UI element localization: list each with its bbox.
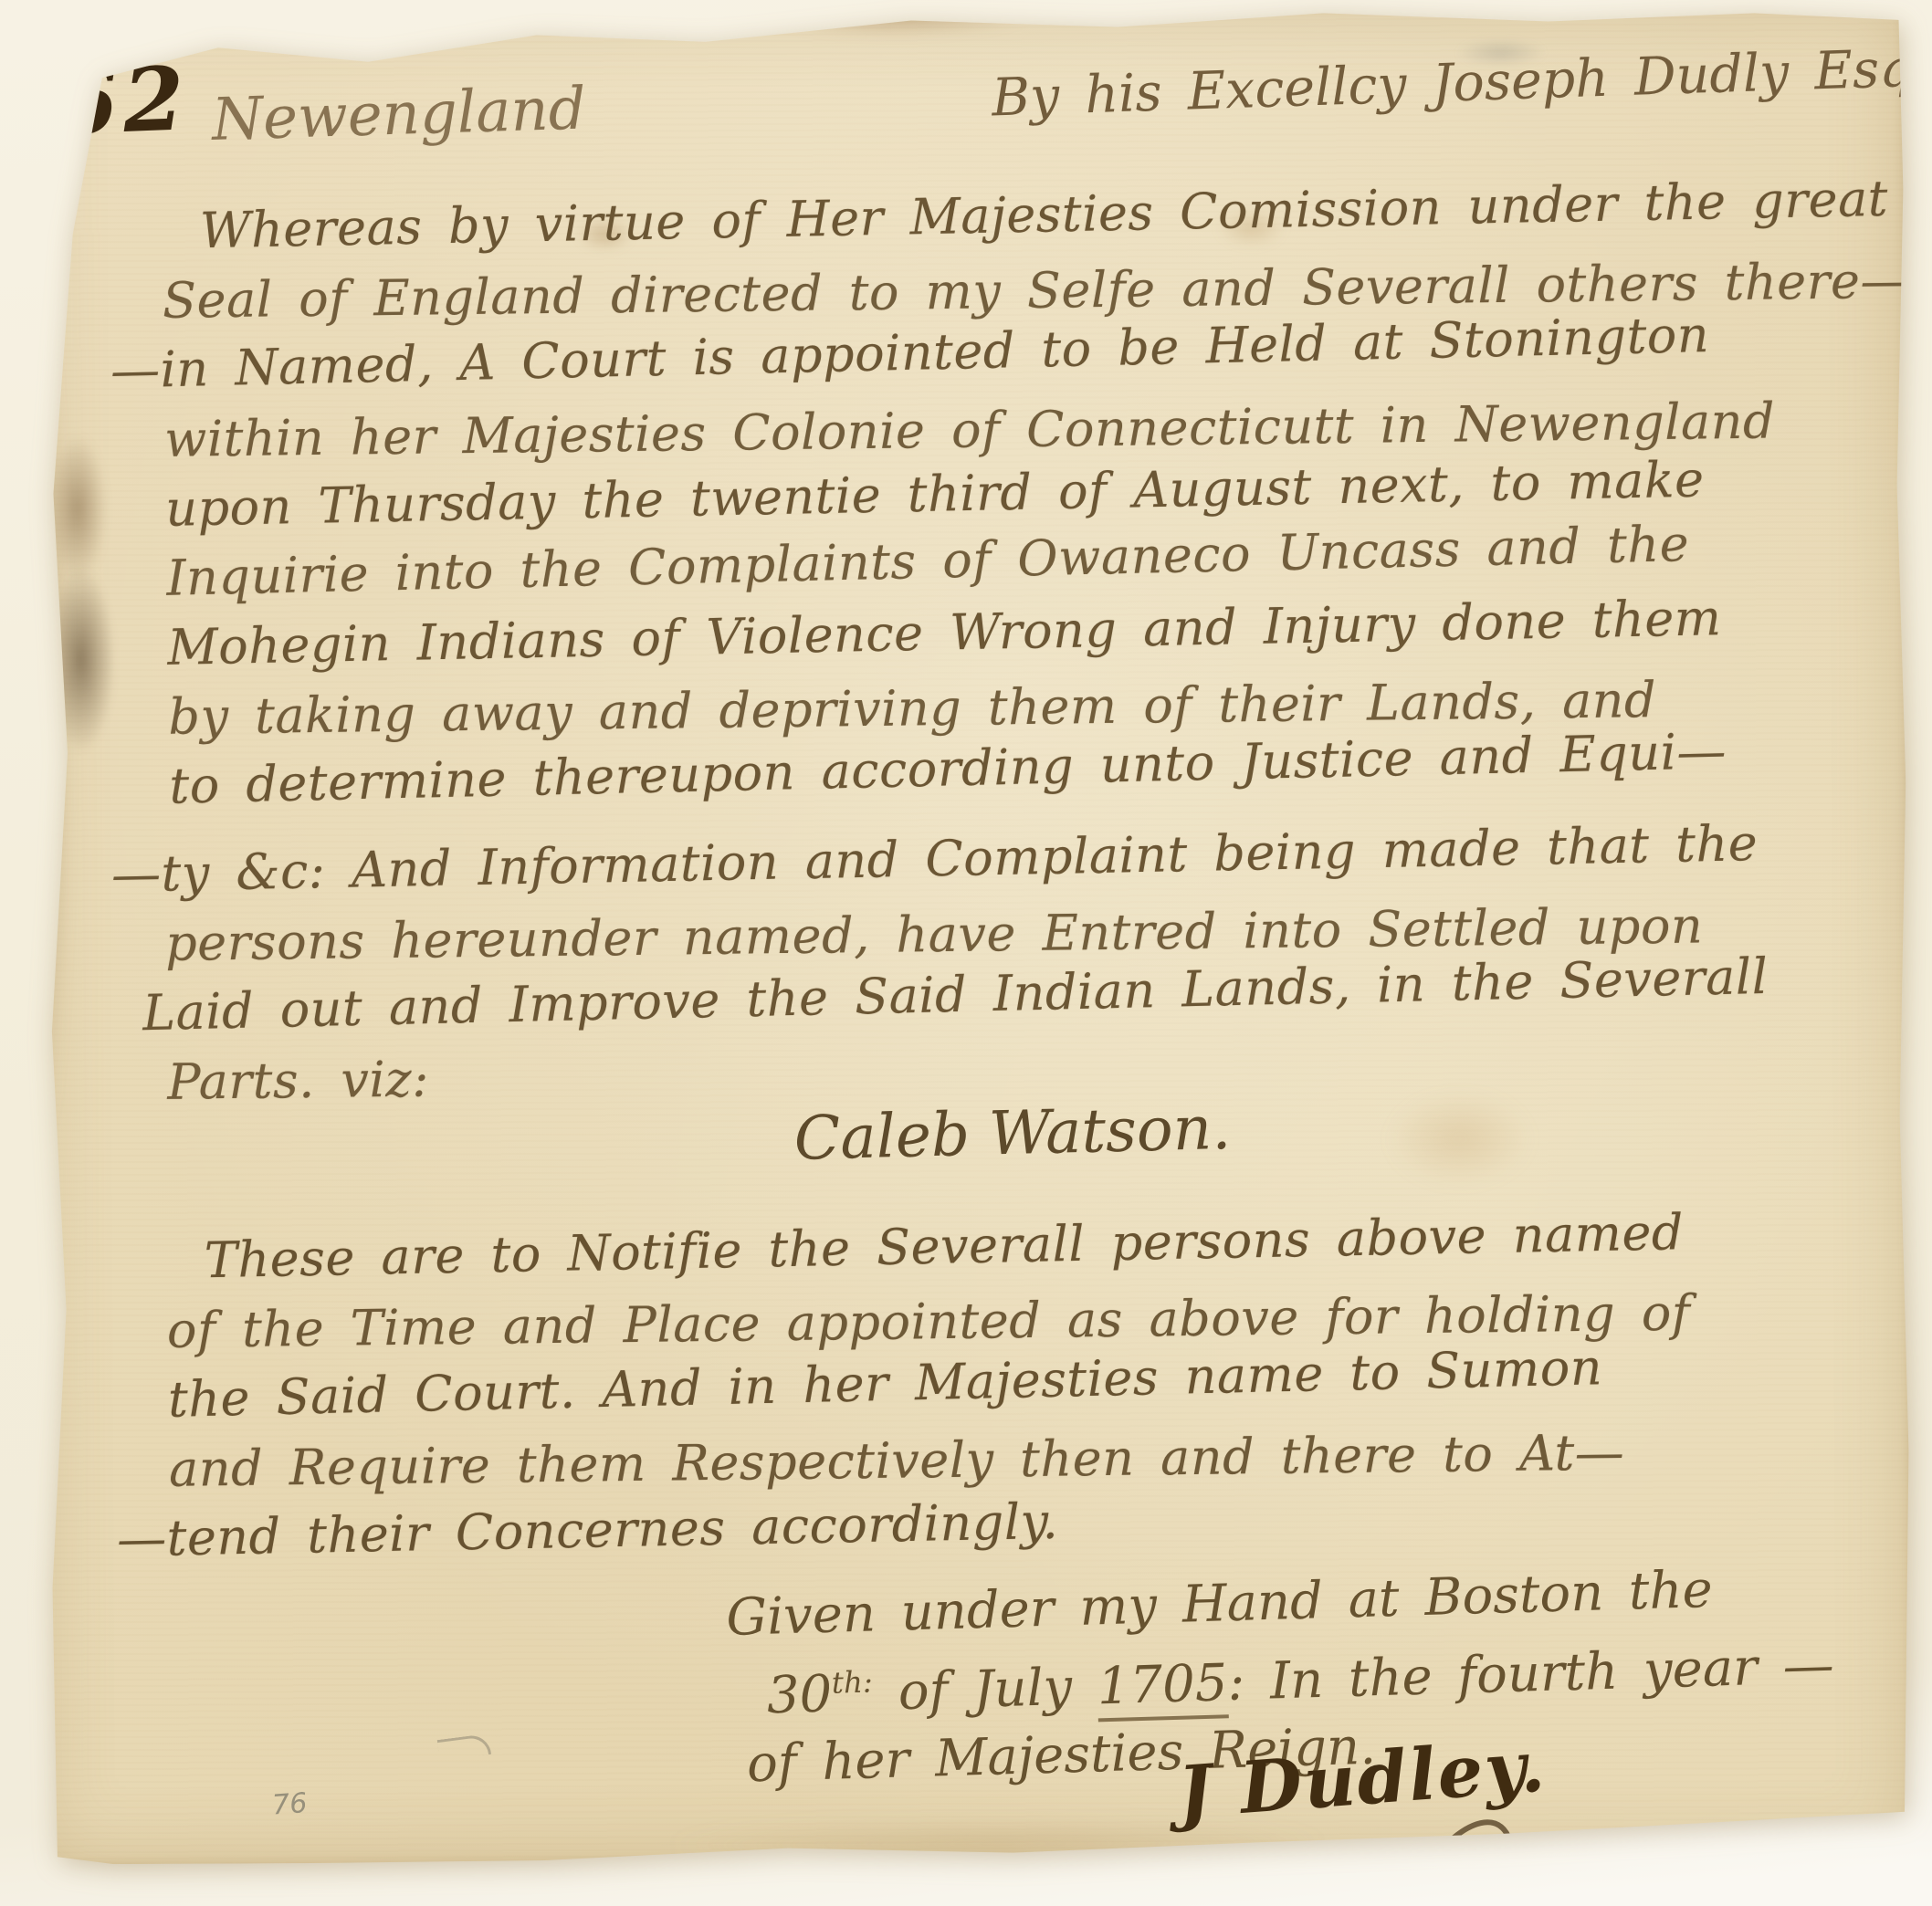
authority-heading: By his Excellcy Joseph Dudly Esqr. — [991, 37, 1932, 129]
archive-number: 62 — [55, 47, 192, 155]
dateline-rest: : In the fourth year — — [1226, 1636, 1834, 1712]
pencil-mark — [437, 1733, 491, 1761]
paragraph-complaint: —ty &c: And Information and Complaint be… — [164, 817, 1770, 1116]
paper-stain — [47, 431, 109, 586]
dateline-year: 1705 — [1097, 1653, 1229, 1722]
paper-shadow: 62 Newengland By his Excellcy Joseph Dud… — [0, 0, 1932, 1906]
place-heading: Newengland — [211, 75, 587, 153]
paragraph-notice: These are to Notifie the Severall person… — [165, 1206, 1694, 1574]
paragraph-commission: Whereas by virtue of Her Majesties Comis… — [161, 173, 1916, 822]
paper-stain — [32, 285, 72, 1152]
dateline-day: 30 — [766, 1664, 833, 1725]
scan-background: 62 Newengland By his Excellcy Joseph Dud… — [0, 0, 1932, 1906]
dateline-day-suffix: th: — [831, 1664, 873, 1700]
dateline-month: of July — [872, 1657, 1098, 1723]
paper-stain — [761, 0, 1035, 37]
pencil-note: 76 — [271, 1787, 309, 1822]
settler-name-text: Caleb Watson. — [793, 1093, 1232, 1174]
paper-stain — [44, 559, 118, 759]
manuscript-page: 62 Newengland By his Excellcy Joseph Dud… — [31, 4, 1913, 1867]
